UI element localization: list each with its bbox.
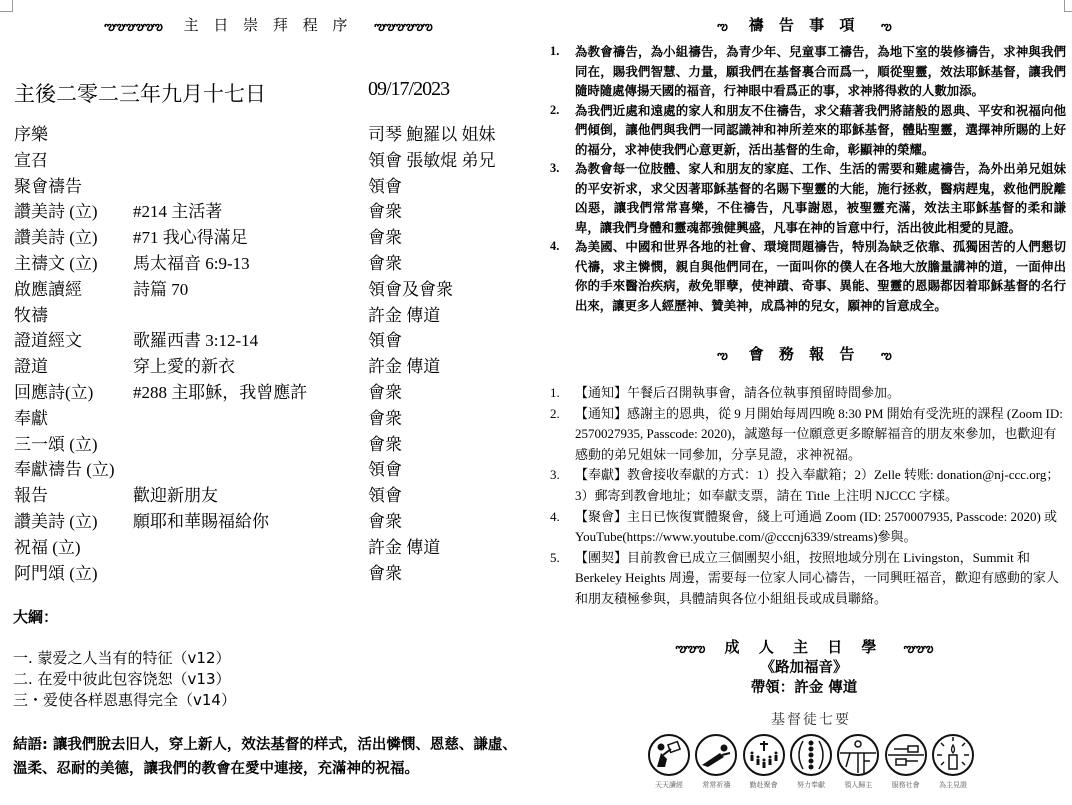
prayer-text: 為我們近處和遠處的家人和朋友不住禱告，求父藉著我們將諸般的恩典、平安和祝福向他們… <box>575 103 1066 157</box>
announcement-text: 【通知】感謝主的恩典，從 9 月開始每周四晚 8:30 PM 開始有受洗班的課程… <box>575 406 1063 462</box>
essential-label: 服務社會 <box>883 780 929 790</box>
order-row: 回應詩(立)#288 主耶穌，我曾應許會衆 <box>14 380 524 406</box>
gathering-icon <box>742 733 786 777</box>
outline-point: 二. 在爱中彼此包容饶恕（v13） <box>13 669 236 690</box>
order-row: 讚美詩 (立)#71 我心得滿足會衆 <box>14 225 524 251</box>
order-leader: 領會 張敏焜 弟兄 <box>368 148 496 174</box>
order-leader: 會衆 <box>368 561 402 587</box>
order-item: 讚美詩 (立) <box>14 199 98 225</box>
announcement-item: 2.【通知】感謝主的恩典，從 9 月開始每周四晚 8:30 PM 開始有受洗班的… <box>550 404 1066 466</box>
announcement-text: 【聚會】主日已恢復實體聚會，綫上可通過 Zoom (ID: 2570007935… <box>575 509 1057 545</box>
prayer-item: 3.為教會每一位肢體、家人和朋友的家庭、工作、生活的需要和難處禱告，為外出弟兄姐… <box>550 159 1066 237</box>
outline-point: 三・爱使各样恩惠得完全（v14） <box>13 690 236 711</box>
essential-label: 領人歸主 <box>835 780 881 790</box>
item-number: 2. <box>550 101 559 121</box>
order-row: 奉獻禱告 (立)領會 <box>14 457 524 483</box>
order-item: 牧禱 <box>14 303 48 329</box>
item-number: 1. <box>550 383 560 404</box>
order-leader: 領會 <box>368 328 402 354</box>
item-number: 4. <box>550 237 559 257</box>
order-content: 歡迎新朋友 <box>133 483 218 509</box>
ornament-icon: ఌఌఌ <box>904 641 933 655</box>
item-number: 3. <box>550 465 560 486</box>
essential-label: 勤赴聚會 <box>741 780 787 790</box>
essential-label: 為主見證 <box>930 780 976 790</box>
announcements-title: 會 務 報 告 <box>749 345 860 363</box>
sermon-outline: 一. 蒙爱之人当有的特征（v12） 二. 在爱中彼此包容饶恕（v13） 三・爱使… <box>13 648 236 711</box>
order-row: 證道穿上愛的新衣許金 傳道 <box>14 354 524 380</box>
order-item: 證道經文 <box>14 328 82 354</box>
order-row: 讚美詩 (立)#214 主活著會衆 <box>14 199 524 225</box>
ornament-icon: ఌఌఌఌఌఌ <box>374 19 432 33</box>
candle-witness-icon <box>931 733 975 777</box>
order-leader: 領會 <box>368 457 402 483</box>
announcement-item: 1.【通知】午餐后召開執事會，請各位執事預留時間參加。 <box>550 383 1066 404</box>
order-row: 讚美詩 (立)願耶和華賜福給你會衆 <box>14 509 524 535</box>
announcements-header: ఌ 會 務 報 告 ఌ <box>536 343 1072 365</box>
order-item: 報告 <box>14 483 48 509</box>
prayer-text: 為教會每一位肢體、家人和朋友的家庭、工作、生活的需要和難處禱告，為外出弟兄姐妹的… <box>575 161 1066 235</box>
order-item: 證道 <box>14 354 48 380</box>
offering-icon <box>789 733 833 777</box>
order-content: 穿上愛的新衣 <box>133 354 235 380</box>
order-row: 祝福 (立)許金 傳道 <box>14 535 524 561</box>
order-content: #71 我心得滿足 <box>133 225 248 251</box>
order-item: 主禱文 (立) <box>14 251 98 277</box>
essential-item: 為主見證 <box>930 733 976 790</box>
reading-bible-icon <box>647 733 691 777</box>
announcements-list: 1.【通知】午餐后召開執事會，請各位執事預留時間參加。 2.【通知】感謝主的恩典… <box>550 383 1066 610</box>
announcement-text: 【奉獻】教會接收奉獻的方式：1）投入奉獻箱；2）Zelle 转账: donati… <box>575 467 1059 503</box>
outline-point: 一. 蒙爱之人当有的特征（v12） <box>13 648 236 669</box>
order-row: 宣召領會 張敏焜 弟兄 <box>14 148 524 174</box>
essential-item: 常常祈禱 <box>693 733 739 790</box>
sermon-conclusion: 結語: 讓我們脫去旧人，穿上新人，效法基督的样式，活出憐憫、恩慈、謙虛、溫柔、忍… <box>13 733 523 781</box>
adult-school-header: ఌఌఌ 成 人 主 日 學 ఌఌఌ <box>536 636 1072 658</box>
order-leader: 領會 <box>368 174 402 200</box>
order-content: 歌羅西書 3:12-14 <box>133 328 258 354</box>
essential-label: 努力奉獻 <box>788 780 834 790</box>
order-leader: 會衆 <box>368 432 402 458</box>
ornament-icon: ఌ <box>881 348 891 362</box>
worship-order-title: 主 日 崇 拜 程 序 <box>184 16 353 34</box>
order-item: 三一頌 (立) <box>14 432 98 458</box>
order-content: 願耶和華賜福給你 <box>133 509 269 535</box>
order-content: #214 主活著 <box>133 199 222 225</box>
essential-item: 勤赴聚會 <box>741 733 787 790</box>
order-row: 牧禱許金 傳道 <box>14 303 524 329</box>
order-content: #288 主耶穌，我曾應許 <box>133 380 307 406</box>
order-row: 啟應讀經詩篇 70領會及會衆 <box>14 277 524 303</box>
adult-sunday-school: ఌఌఌ 成 人 主 日 學 ఌఌఌ 《路加福音》 帶領：許金 傳道 <box>536 636 1072 698</box>
order-leader: 會衆 <box>368 406 402 432</box>
ornament-icon: ఌఌఌఌఌఌ <box>104 19 162 33</box>
seven-essentials-icons: 天天讀經 常常祈禱 勤赴聚會 努力奉獻 領人歸主 服務社會 <box>646 733 976 790</box>
prayer-list: 1.為教會禱告，為小組禱告，為青少年、兒童事工禱告，為地下室的裝修禱告，求神與我… <box>550 42 1066 315</box>
essential-item: 努力奉獻 <box>788 733 834 790</box>
order-leader: 會衆 <box>368 380 402 406</box>
prayer-text: 為美國、中國和世界各地的社會、環境問題禱告，特別為缺乏依靠、孤獨困苦的人們懇切代… <box>575 239 1066 313</box>
ornament-icon: ఌ <box>881 19 891 33</box>
order-item: 讚美詩 (立) <box>14 509 98 535</box>
prayer-header: ఌ 禱 告 事 項 ఌ <box>536 14 1072 36</box>
ornament-icon: ఌ <box>717 348 727 362</box>
order-item: 聚會禱告 <box>14 174 82 200</box>
essential-label: 天天讀經 <box>646 780 692 790</box>
left-page: ఌఌఌఌఌఌ 主 日 崇 拜 程 序 ఌఌఌఌఌఌ 主後二零二三年九月十七日 0… <box>0 0 536 805</box>
order-leader: 會衆 <box>368 199 402 225</box>
ornament-icon: ఌ <box>717 19 727 33</box>
worship-order-header: ఌఌఌఌఌఌ 主 日 崇 拜 程 序 ఌఌఌఌఌఌ <box>0 14 536 36</box>
order-row: 主禱文 (立)馬太福音 6:9-13會衆 <box>14 251 524 277</box>
item-number: 2. <box>550 404 560 425</box>
announcement-item: 3.【奉獻】教會接收奉獻的方式：1）投入奉獻箱；2）Zelle 转账: dona… <box>550 465 1066 506</box>
prayer-item: 2.為我們近處和遠處的家人和朋友不住禱告，求父藉著我們將諸般的恩典、平安和祝福向… <box>550 101 1066 160</box>
essential-item: 天天讀經 <box>646 733 692 790</box>
adult-school-book: 《路加福音》 <box>536 658 1072 678</box>
announcement-text: 【團契】目前教會已成立三個團契小組，按照地域分別在 Livingston，Sum… <box>575 550 1059 606</box>
outline-title: 大綱： <box>13 606 58 627</box>
order-of-service: 序樂司琴 鮑羅以 姐妹 宣召領會 張敏焜 弟兄 聚會禱告領會 讚美詩 (立)#2… <box>14 122 524 586</box>
order-row: 奉獻會衆 <box>14 406 524 432</box>
essential-item: 服務社會 <box>883 733 929 790</box>
order-leader: 領會 <box>368 483 402 509</box>
announcement-text: 【通知】午餐后召開執事會，請各位執事預留時間參加。 <box>575 385 900 400</box>
order-leader: 許金 傳道 <box>368 303 440 329</box>
order-leader: 許金 傳道 <box>368 535 440 561</box>
order-leader: 會衆 <box>368 225 402 251</box>
praying-icon <box>694 733 738 777</box>
serving-icon <box>884 733 928 777</box>
order-item: 回應詩(立) <box>14 380 93 406</box>
adult-school-leader: 帶領：許金 傳道 <box>536 678 1072 698</box>
announcement-item: 4.【聚會】主日已恢復實體聚會，綫上可通過 Zoom (ID: 25700079… <box>550 507 1066 548</box>
seven-essentials-title: 基督徒七要 <box>646 709 976 729</box>
prayer-text: 為教會禱告，為小組禱告，為青少年、兒童事工禱告，為地下室的裝修禱告，求神與我們同… <box>575 44 1066 98</box>
essential-item: 領人歸主 <box>835 733 881 790</box>
item-number: 3. <box>550 159 559 179</box>
order-item: 序樂 <box>14 122 48 148</box>
announcement-item: 5.【團契】目前教會已成立三個團契小組，按照地域分別在 Livingston，S… <box>550 548 1066 610</box>
adult-school-title: 成 人 主 日 學 <box>725 638 884 656</box>
order-row: 阿門頌 (立)會衆 <box>14 561 524 587</box>
order-row: 證道經文歌羅西書 3:12-14領會 <box>14 328 524 354</box>
order-row: 三一頌 (立)會衆 <box>14 432 524 458</box>
order-row: 聚會禱告領會 <box>14 174 524 200</box>
item-number: 5. <box>550 548 560 569</box>
date-chinese: 主後二零二三年九月十七日 <box>14 78 266 108</box>
essential-label: 常常祈禱 <box>693 780 739 790</box>
date-numeric: 09/17/2023 <box>368 78 449 101</box>
order-item: 讚美詩 (立) <box>14 225 98 251</box>
order-item: 啟應讀經 <box>14 277 82 303</box>
ornament-icon: ఌఌఌ <box>676 641 705 655</box>
evangelism-icon <box>836 733 880 777</box>
prayer-item: 1.為教會禱告，為小組禱告，為青少年、兒童事工禱告，為地下室的裝修禱告，求神與我… <box>550 42 1066 101</box>
prayer-title: 禱 告 事 項 <box>749 16 860 34</box>
order-item: 奉獻 <box>14 406 48 432</box>
order-leader: 領會及會衆 <box>368 277 453 303</box>
order-leader: 會衆 <box>368 509 402 535</box>
order-leader: 司琴 鮑羅以 姐妹 <box>368 122 496 148</box>
item-number: 1. <box>550 42 559 62</box>
order-content: 馬太福音 6:9-13 <box>133 251 250 277</box>
order-leader: 許金 傳道 <box>368 354 440 380</box>
order-item: 宣召 <box>14 148 48 174</box>
item-number: 4. <box>550 507 560 528</box>
order-item: 阿門頌 (立) <box>14 561 98 587</box>
order-item: 奉獻禱告 (立) <box>14 457 115 483</box>
right-page: ఌ 禱 告 事 項 ఌ 1.為教會禱告，為小組禱告，為青少年、兒童事工禱告，為地… <box>536 0 1072 805</box>
order-content: 詩篇 70 <box>133 277 188 303</box>
order-item: 祝福 (立) <box>14 535 81 561</box>
seven-essentials-graphic: 基督徒七要 天天讀經 常常祈禱 勤赴聚會 努力奉獻 領人歸主 <box>646 709 976 790</box>
order-row: 報告歡迎新朋友領會 <box>14 483 524 509</box>
order-leader: 會衆 <box>368 251 402 277</box>
order-row: 序樂司琴 鮑羅以 姐妹 <box>14 122 524 148</box>
prayer-item: 4.為美國、中國和世界各地的社會、環境問題禱告，特別為缺乏依靠、孤獨困苦的人們懇… <box>550 237 1066 315</box>
